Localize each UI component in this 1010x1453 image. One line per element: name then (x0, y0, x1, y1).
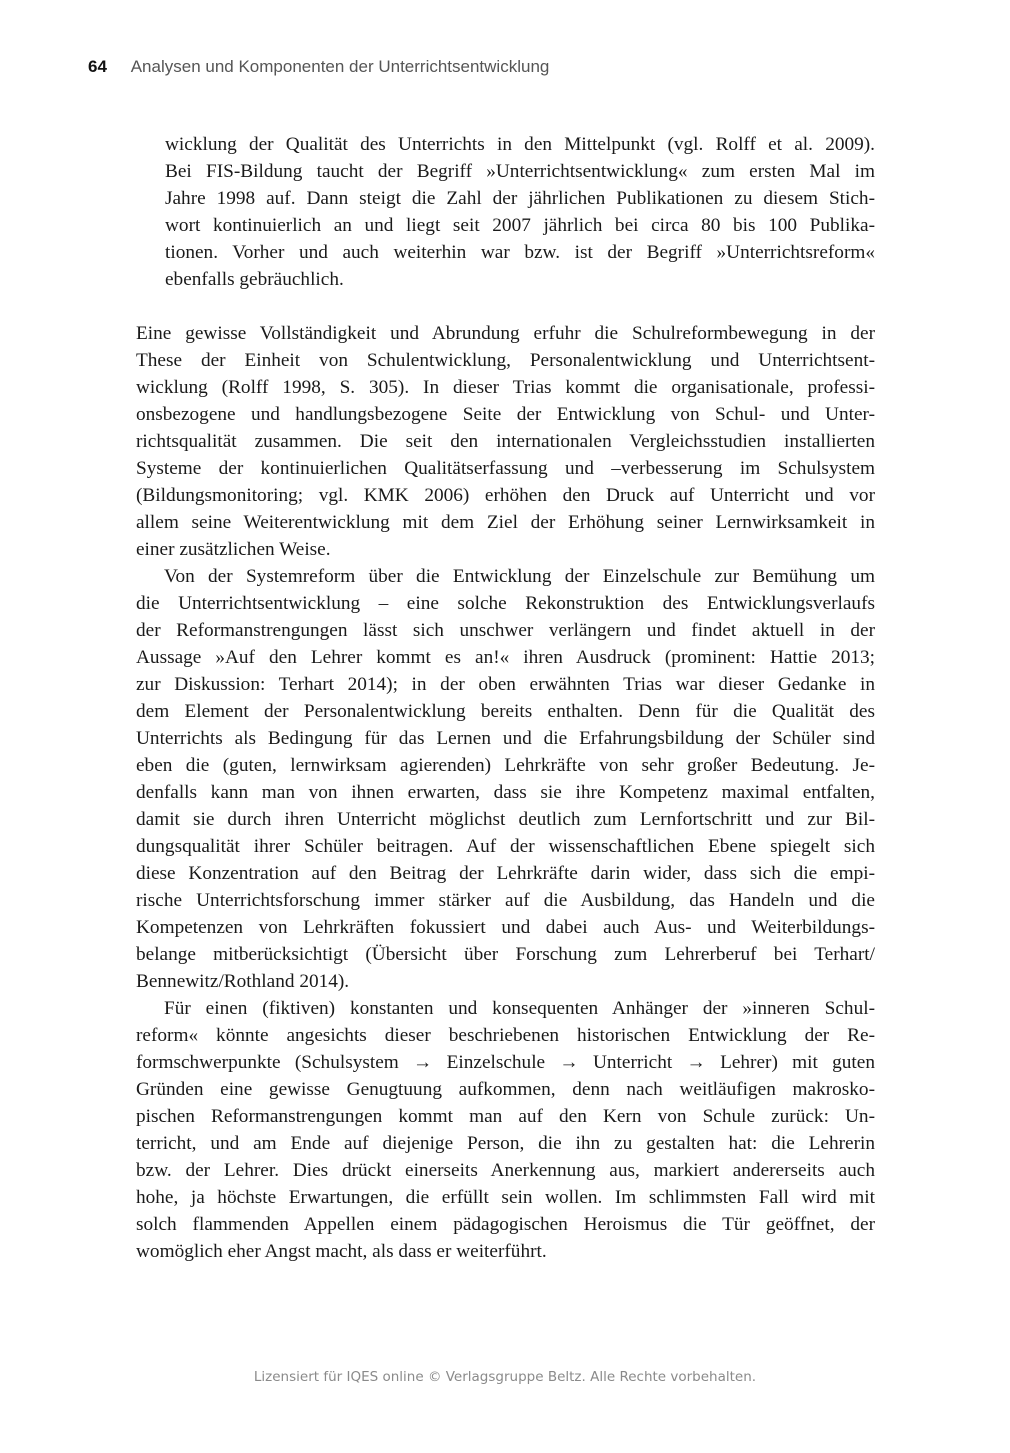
running-title: Analysen und Komponenten der Unterrichts… (131, 57, 550, 76)
text-line: Jahre 1998 auf. Dann steigt die Zahl der… (165, 185, 875, 212)
text-line: solch flammenden Appellen einem pädagogi… (136, 1211, 875, 1238)
text-line: hohe, ja höchste Erwartungen, die erfüll… (136, 1184, 875, 1211)
paragraph-2: Von der Systemreform über die Entwicklun… (136, 563, 875, 995)
running-header: 64 Analysen und Komponenten der Unterric… (88, 57, 549, 77)
text-line: Bei FIS-Bildung taucht der Begriff »Unte… (165, 158, 875, 185)
text-line: pischen Reformanstrengungen kommt man au… (136, 1103, 875, 1130)
text-line: (Bildungsmonitoring; vgl. KMK 2006) erhö… (136, 482, 875, 509)
text-line: Aussage »Auf den Lehrer kommt es an!« ih… (136, 644, 875, 671)
text-line: einer zusätzlichen Weise. (136, 536, 875, 563)
text-line: These der Einheit von Schulentwicklung, … (136, 347, 875, 374)
text-line: Gründen eine gewisse Genugtuung aufkomme… (136, 1076, 875, 1103)
body-text: Eine gewisse Vollständigkeit und Abrundu… (136, 320, 875, 1265)
text-line: reform« könnte angesichts dieser beschri… (136, 1022, 875, 1049)
text-line: eben die (guten, lernwirksam agierenden)… (136, 752, 875, 779)
text-line: damit sie durch ihren Unterricht möglich… (136, 806, 875, 833)
text-line: Unterrichts als Bedingung für das Lernen… (136, 725, 875, 752)
text-line: Systeme der kontinuierlichen Qualitätser… (136, 455, 875, 482)
text-line: terricht, und am Ende auf diejenige Pers… (136, 1130, 875, 1157)
text-line: die Unterrichtsentwicklung – eine solche… (136, 590, 875, 617)
text-line: formschwerpunkte (Schulsystem → Einzelsc… (136, 1049, 875, 1076)
text-line: wicklung der Qualität des Unterrichts in… (165, 131, 875, 158)
text-line: wicklung (Rolff 1998, S. 305). In dieser… (136, 374, 875, 401)
indented-text-block: wicklung der Qualität des Unterrichts in… (165, 131, 875, 293)
text-line: Von der Systemreform über die Entwicklun… (136, 563, 875, 590)
text-line: Eine gewisse Vollständigkeit und Abrundu… (136, 320, 875, 347)
text-line: richtsqualität zusammen. Die seit den in… (136, 428, 875, 455)
text-line: Für einen (fiktiven) konstanten und kons… (136, 995, 875, 1022)
text-line: belange mitberücksichtigt (Übersicht übe… (136, 941, 875, 968)
text-line: tionen. Vorher und auch weiterhin war bz… (165, 239, 875, 266)
text-line: dungsqualität ihrer Schüler beitragen. A… (136, 833, 875, 860)
text-line: bzw. der Lehrer. Dies drückt einerseits … (136, 1157, 875, 1184)
paragraph-3: Für einen (fiktiven) konstanten und kons… (136, 995, 875, 1265)
text-line: allem seine Weiterentwicklung mit dem Zi… (136, 509, 875, 536)
text-line: denfalls kann man von ihnen erwarten, da… (136, 779, 875, 806)
text-line: diese Konzentration auf den Beitrag der … (136, 860, 875, 887)
text-line: rische Unterrichtsforschung immer stärke… (136, 887, 875, 914)
text-line: womöglich eher Angst macht, als dass er … (136, 1238, 875, 1265)
text-line: Bennewitz/Rothland 2014). (136, 968, 875, 995)
page-number: 64 (88, 57, 107, 76)
paragraph-1: Eine gewisse Vollständigkeit und Abrundu… (136, 320, 875, 563)
text-line: wort kontinuierlich an und liegt seit 20… (165, 212, 875, 239)
text-line: zur Diskussion: Terhart 2014); in der ob… (136, 671, 875, 698)
text-line: ebenfalls gebräuchlich. (165, 266, 875, 293)
text-line: der Reformanstrengungen lässt sich unsch… (136, 617, 875, 644)
text-line: Kompetenzen von Lehrkräften fokussiert u… (136, 914, 875, 941)
text-line: onsbezogene und handlungsbezogene Seite … (136, 401, 875, 428)
license-footer: Lizensiert für IQES online © Verlagsgrup… (0, 1369, 1010, 1385)
text-line: dem Element der Personalentwicklung bere… (136, 698, 875, 725)
